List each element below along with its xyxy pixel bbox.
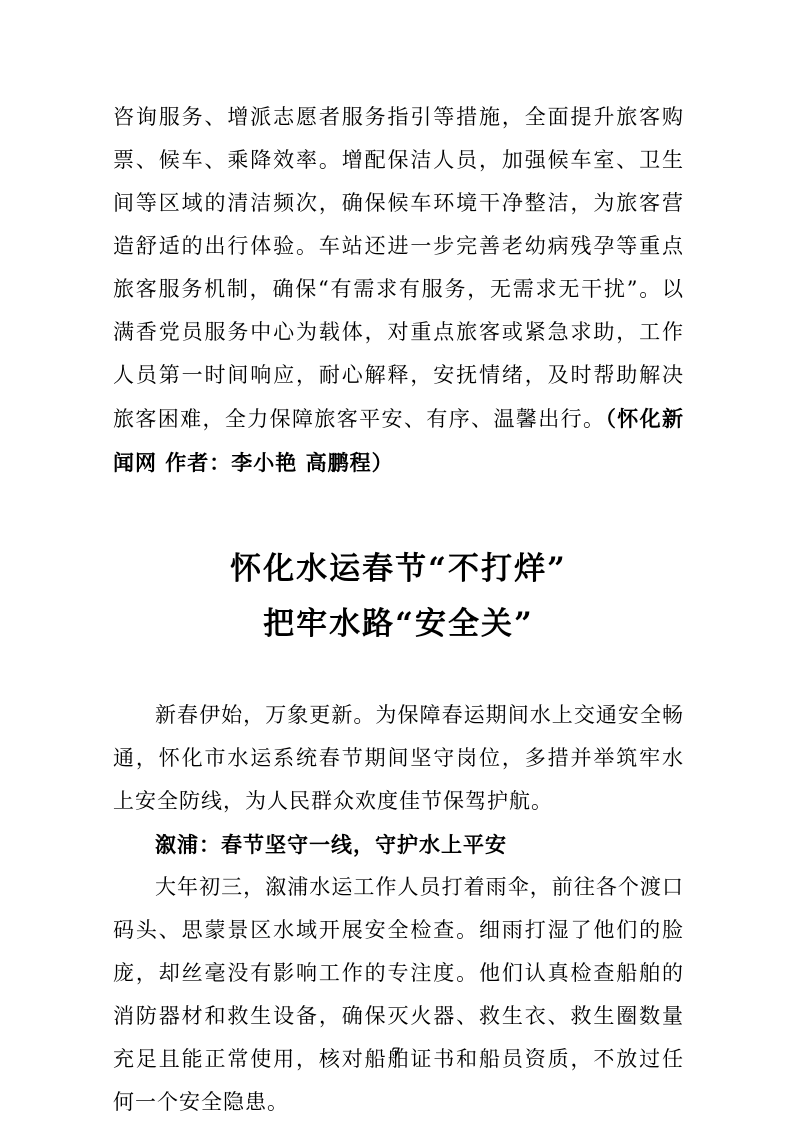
paragraph-new-year-intro: 新春伊始，万象更新。为保障春运期间水上交通安全畅通，怀化市水运系统春节期间坚守岗… <box>113 694 684 823</box>
document-content: 咨询服务、增派志愿者服务指引等措施，全面提升旅客购票、候车、乘降效率。增配保洁人… <box>113 96 684 1122</box>
paragraph-xupu-inspection: 大年初三，溆浦水运工作人员打着雨伞，前往各个渡口码头、思蒙景区水域开展安全检查。… <box>113 866 684 1122</box>
document-page: 咨询服务、增派志愿者服务指引等措施，全面提升旅客购票、候车、乘降效率。增配保洁人… <box>0 0 793 1122</box>
article-title-line-2: 把牢水路“安全关” <box>263 606 534 642</box>
article-title-line-1: 怀化水运春节“不打烊” <box>230 551 567 587</box>
paragraph-station-service-text: 咨询服务、增派志愿者服务指引等措施，全面提升旅客购票、候车、乘降效率。增配保洁人… <box>113 105 684 431</box>
article-title: 怀化水运春节“不打烊” 把牢水路“安全关” <box>113 542 684 652</box>
subheading-xupu: 溆浦：春节坚守一线，守护水上平安 <box>113 823 684 866</box>
page-number: 7 <box>0 1046 793 1062</box>
paragraph-station-service: 咨询服务、增派志愿者服务指引等措施，全面提升旅客购票、候车、乘降效率。增配保洁人… <box>113 96 684 485</box>
